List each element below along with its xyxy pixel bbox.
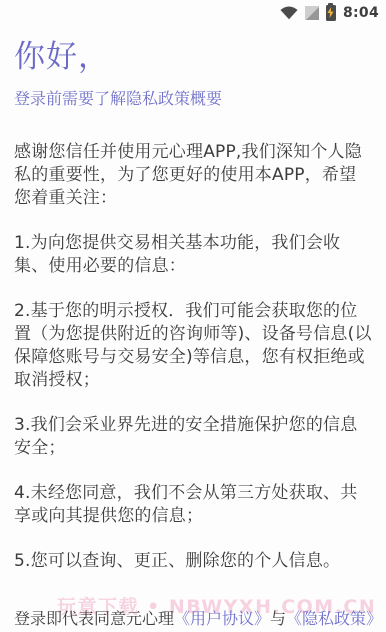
- privacy-point-1: 1.为向您提供交易相关基本功能，我们会收集、使用必要的信息：: [14, 232, 372, 278]
- greeting-heading: 你好，: [14, 38, 372, 76]
- privacy-point-3: 3.我们会采业界先进的安全措施保护您的信息安全；: [14, 414, 372, 460]
- privacy-point-4: 4.未经您同意，我们不会从第三方处获取、共享或向其提供您的信息；: [14, 482, 372, 528]
- user-agreement-link[interactable]: 《用户协议》: [174, 609, 270, 628]
- privacy-intro-paragraph: 感谢您信任并使用元心理APP,我们深知个人隐私的重要性，为了您更好的使用本APP…: [14, 141, 372, 210]
- privacy-point-5: 5.您可以查询、更正、删除您的个人信息。: [14, 550, 372, 573]
- privacy-point-2: 2.基于您的明示授权．我们可能会获取您的位置（为您提供附近的咨询师等)、设备号信…: [14, 300, 372, 392]
- no-signal-icon: [305, 6, 319, 20]
- wifi-icon: [280, 6, 298, 20]
- status-bar: 8:04: [0, 0, 386, 22]
- battery-charging-icon: [326, 5, 336, 21]
- login-agreement-line: 登录即代表同意元心理《用户协议》与《隐私政策》: [14, 608, 382, 629]
- privacy-policy-page: 你好， 登录前需要了解隐私政策概要 感谢您信任并使用元心理APP,我们深知个人隐…: [0, 22, 386, 573]
- clock-time: 8:04: [343, 5, 381, 21]
- agreement-conjunction-text: 与: [270, 609, 286, 628]
- agreement-prefix-text: 登录即代表同意元心理: [14, 609, 174, 628]
- privacy-policy-link[interactable]: 《隐私政策》: [286, 609, 382, 628]
- privacy-summary-subtitle: 登录前需要了解隐私政策概要: [14, 88, 372, 109]
